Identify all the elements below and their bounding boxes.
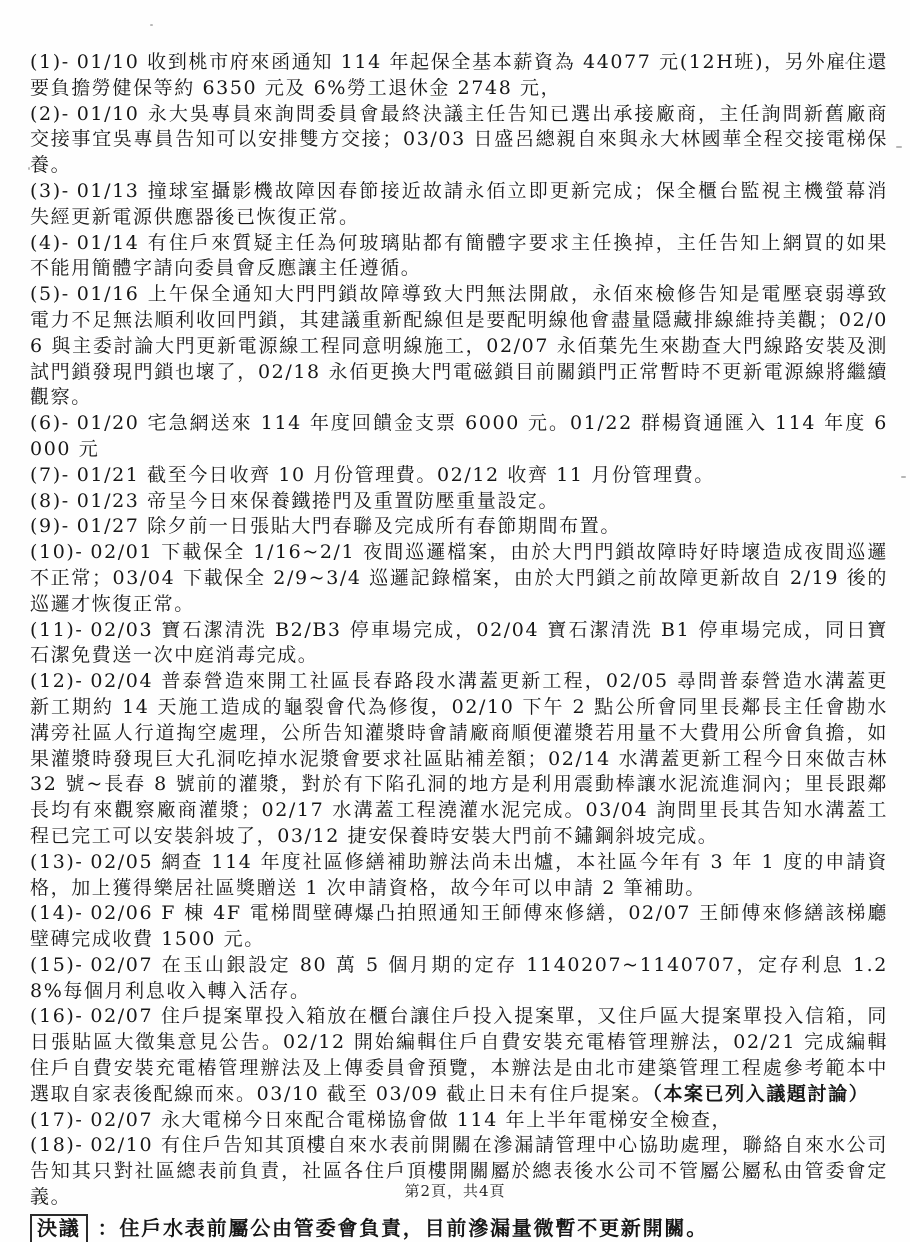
document-page: (1)-01/10 收到桃市府來函通知 114 年起保全基本薪資為 44077 …	[0, 0, 910, 1242]
scan-speck	[150, 24, 153, 26]
minutes-item-6: (6)-01/20 宅急網送來 114 年度回饋金支票 6000 元。01/22…	[30, 411, 888, 463]
item-number: (14)-	[30, 902, 83, 924]
item-number: (6)-	[30, 412, 70, 434]
minutes-item-14: (14)-02/06 F 棟 4F 電梯間壁磚爆凸拍照通知王師傅來修繕，02/0…	[30, 901, 888, 953]
item-number: (10)-	[30, 541, 83, 563]
scan-speck	[896, 146, 902, 148]
resolution-label: 決議	[30, 1214, 88, 1242]
item-text: 02/04 普泰營造來開工社區長春路段水溝蓋更新工程，02/05 尋問普泰營造水…	[30, 670, 888, 847]
item-number: (9)-	[30, 515, 70, 537]
minutes-item-3: (3)-01/13 撞球室攝影機故障因春節接近故請永佰立即更新完成；保全櫃台監視…	[30, 179, 888, 231]
minutes-item-9: (9)-01/27 除夕前一日張貼大門春聯及完成所有春節期間布置。	[30, 514, 888, 540]
item-number: (4)-	[30, 232, 70, 254]
item-text: 02/03 寶石潔清洗 B2/B3 停車場完成，02/04 寶石潔清洗 B1 停…	[30, 619, 888, 667]
item-text: 01/10 收到桃市府來函通知 114 年起保全基本薪資為 44077 元(12…	[30, 51, 888, 99]
page-footer: 第2頁，共4頁	[0, 1180, 910, 1201]
item-text: 02/07 永大電梯今日來配合電梯協會做 114 年上半年電梯安全檢查，	[90, 1109, 732, 1131]
minutes-item-11: (11)-02/03 寶石潔清洗 B2/B3 停車場完成，02/04 寶石潔清洗…	[30, 618, 888, 670]
item-number: (2)-	[30, 103, 70, 125]
item-text: 02/01 下載保全 1/16~2/1 夜間巡邏檔案，由於大門門鎖故障時好時壞造…	[30, 541, 888, 615]
item-number: (15)-	[30, 954, 83, 976]
item-text: 02/07 在玉山銀設定 80 萬 5 個月期的定存 1140207~11407…	[30, 954, 888, 1002]
resolution-line: 決議：住戶水表前屬公由管委會負責，目前滲漏量微暫不更新開關。	[30, 1214, 888, 1242]
minutes-item-8: (8)-01/23 帝呈今日來保養鐵捲門及重置防壓重量設定。	[30, 489, 888, 515]
item-number: (5)-	[30, 283, 70, 305]
minutes-item-10: (10)-02/01 下載保全 1/16~2/1 夜間巡邏檔案，由於大門門鎖故障…	[30, 540, 888, 617]
scan-speck	[845, 62, 848, 64]
item-text: 01/23 帝呈今日來保養鐵捲門及重置防壓重量設定。	[77, 490, 559, 512]
item-text: 01/21 截至今日收齊 10 月份管理費。02/12 收齊 11 月份管理費。	[77, 464, 715, 486]
minutes-item-7: (7)-01/21 截至今日收齊 10 月份管理費。02/12 收齊 11 月份…	[30, 463, 888, 489]
minutes-list: (1)-01/10 收到桃市府來函通知 114 年起保全基本薪資為 44077 …	[30, 50, 888, 1211]
scan-speck	[28, 167, 30, 170]
item-number: (7)-	[30, 464, 70, 486]
resolution-text: ：住戶水表前屬公由管委會負責，目前滲漏量微暫不更新開關。	[98, 1216, 708, 1240]
item-number: (13)-	[30, 851, 83, 873]
minutes-item-1: (1)-01/10 收到桃市府來函通知 114 年起保全基本薪資為 44077 …	[30, 50, 888, 102]
minutes-item-4: (4)-01/14 有住戶來質疑主任為何玻璃貼都有簡體字要求主任換掉，主任告知上…	[30, 231, 888, 283]
minutes-item-16: (16)-02/07 住戶提案單投入箱放在櫃台讓住戶投入提案單，又住戶區大提案單…	[30, 1004, 888, 1107]
item-text-bold: （本案已列入議題討論）	[652, 1083, 869, 1105]
scan-speck	[78, 95, 80, 97]
item-text: 01/16 上午保全通知大門門鎖故障導致大門無法開啟，永佰來檢修告知是電壓衰弱導…	[30, 283, 888, 408]
item-number: (1)-	[30, 51, 70, 73]
minutes-item-2: (2)-01/10 永大吳專員來詢問委員會最終決議主任告知已選出承接廠商，主任詢…	[30, 102, 888, 179]
item-text: 01/20 宅急網送來 114 年度回饋金支票 6000 元。01/22 群楊資…	[30, 412, 888, 460]
item-number: (16)-	[30, 1005, 83, 1027]
item-text: 01/10 永大吳專員來詢問委員會最終決議主任告知已選出承接廠商，主任詢問新舊廠…	[30, 103, 888, 177]
item-text: 01/27 除夕前一日張貼大門春聯及完成所有春節期間布置。	[77, 515, 621, 537]
item-number: (11)-	[30, 619, 83, 641]
item-text: 02/05 網查 114 年度社區修繕補助辦法尚未出爐，本社區今年有 3 年 1…	[30, 851, 888, 899]
item-number: (3)-	[30, 180, 70, 202]
item-text: 01/14 有住戶來質疑主任為何玻璃貼都有簡體字要求主任換掉，主任告知上網買的如…	[30, 232, 888, 280]
minutes-item-12: (12)-02/04 普泰營造來開工社區長春路段水溝蓋更新工程，02/05 尋問…	[30, 669, 888, 850]
minutes-item-17: (17)-02/07 永大電梯今日來配合電梯協會做 114 年上半年電梯安全檢查…	[30, 1108, 888, 1134]
minutes-item-15: (15)-02/07 在玉山銀設定 80 萬 5 個月期的定存 1140207~…	[30, 953, 888, 1005]
scan-speck	[901, 476, 906, 478]
minutes-item-13: (13)-02/05 網查 114 年度社區修繕補助辦法尚未出爐，本社區今年有 …	[30, 850, 888, 902]
item-text: 02/06 F 棟 4F 電梯間壁磚爆凸拍照通知王師傅來修繕，02/07 王師傅…	[30, 902, 888, 950]
item-number: (12)-	[30, 670, 83, 692]
minutes-item-5: (5)-01/16 上午保全通知大門門鎖故障導致大門無法開啟，永佰來檢修告知是電…	[30, 282, 888, 411]
item-number: (8)-	[30, 490, 70, 512]
scan-speck	[540, 905, 542, 907]
item-text: 01/13 撞球室攝影機故障因春節接近故請永佰立即更新完成；保全櫃台監視主機螢幕…	[30, 180, 888, 228]
item-number: (17)-	[30, 1109, 83, 1131]
item-number: (18)-	[30, 1134, 83, 1156]
